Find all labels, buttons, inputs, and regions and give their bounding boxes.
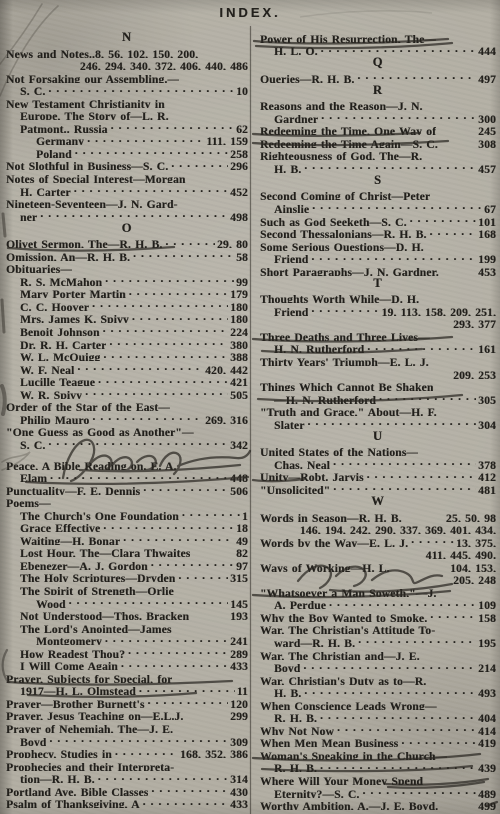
entry-text: Gardner xyxy=(274,114,318,123)
dot-leader xyxy=(318,110,476,123)
entry-text: Thirty Years' Triumph—E. L. J. xyxy=(260,357,429,366)
dot-leader xyxy=(420,647,496,660)
index-entry-line: Redeeming the Time, One Way of245 xyxy=(260,123,496,136)
entry-text: Lucille Teague xyxy=(20,377,95,386)
index-entry-line: 146, 194, 242, 290, 337, 369, 401, 434, xyxy=(260,522,496,535)
page-number: 161 xyxy=(476,344,496,353)
dot-leader xyxy=(45,83,234,96)
index-entry-line: Wood145 xyxy=(6,595,248,608)
index-entry-line: Thoughts Worth While—D. H. xyxy=(260,291,496,304)
dot-leader xyxy=(148,557,234,570)
page-number: 420, 442 xyxy=(203,365,248,374)
index-entry-line: Portland Ave. Bible Classes430 xyxy=(6,783,248,796)
entry-text: Wood xyxy=(36,599,66,608)
dot-leader xyxy=(359,785,476,798)
index-entry-line: "One Guess as Good as Another"— xyxy=(6,424,248,437)
page-number: 205, 248 xyxy=(451,575,496,584)
dot-leader xyxy=(354,70,476,83)
entry-text: Olivet Sermon, The—R. H. B. xyxy=(6,239,162,248)
page-number: 452 xyxy=(228,187,248,196)
index-entry-line: Olivet Sermon, The—R. H. B.29, 80 xyxy=(6,236,248,249)
section-letter: U xyxy=(260,429,496,444)
index-entry-line: Words in Season—R. H. B.25, 50, 98 xyxy=(260,509,496,522)
entry-text: Second Thessalonians—R. H. B. xyxy=(260,229,427,238)
index-entry-line: Obituaries— xyxy=(6,261,248,274)
dot-leader xyxy=(100,323,229,336)
entry-text: H. L. O. xyxy=(274,46,318,55)
index-entry-line: "Truth and Grace," About—H. F. xyxy=(260,404,496,417)
entry-text: Order of the Star of the East— xyxy=(6,402,170,411)
index-entry-line: Elam448 xyxy=(6,470,248,483)
page-number: 505 xyxy=(228,390,248,399)
index-entry-line: When Men Mean Business419 xyxy=(260,735,496,748)
entry-text: R. H. B. xyxy=(274,713,317,722)
index-entry-line: Order of the Star of the East— xyxy=(6,399,248,412)
entry-text: Such as God Seeketh—S. C. xyxy=(260,217,407,226)
page-header-title: INDEX. xyxy=(0,5,500,20)
index-entry-line: Friend199 xyxy=(260,251,496,264)
index-entry-line: tion—R. H. B.314 xyxy=(6,771,248,784)
entry-text: Friend xyxy=(274,307,308,316)
entry-text: W. L. McQuigg xyxy=(20,352,100,361)
dot-leader xyxy=(169,108,248,121)
dot-leader xyxy=(364,341,476,354)
entry-text: I Will Come Again xyxy=(20,661,118,670)
dot-leader xyxy=(47,470,228,483)
entry-text: Not Slothful in Business—S. C. xyxy=(6,161,168,170)
scanned-index-page: INDEX. NNews and Notes..8, 56, 102, 150,… xyxy=(0,0,500,814)
entry-text: Grace Effective xyxy=(20,523,100,532)
dot-leader xyxy=(422,148,496,161)
entry-text: H. N. Rutherford xyxy=(274,344,364,353)
index-entry-line: 246, 294, 340, 372, 406, 440, 486 xyxy=(6,58,248,71)
dot-leader xyxy=(330,481,476,494)
dot-leader xyxy=(136,683,235,696)
index-columns: NNews and Notes..8, 56, 102, 150, 200,24… xyxy=(6,30,496,814)
entry-text: Prophecies and their Interpreta- xyxy=(6,762,174,771)
entry-text: —H. N. Rutherford xyxy=(274,395,376,404)
index-entry-line: Slater304 xyxy=(260,416,496,429)
page-number: 314 xyxy=(228,774,248,783)
entry-text: Omission, An—R. H. B. xyxy=(6,252,130,261)
index-entry-line: Poland258 xyxy=(6,145,248,158)
index-entry-line: Reasons and the Reason—J. N. xyxy=(260,98,496,111)
entry-text: A. Perdue xyxy=(274,600,326,609)
dot-leader xyxy=(260,547,424,560)
page-number: 258 xyxy=(228,149,248,158)
entry-text: The Lord's Anointed—James xyxy=(20,624,172,633)
page-number: 378 xyxy=(476,460,496,469)
index-entry-line: Lucille Teague421 xyxy=(6,374,248,387)
entry-text: Redeeming the Time, One Way of xyxy=(260,126,436,135)
entry-text: When Men Mean Business xyxy=(260,738,398,747)
page-number: 49 xyxy=(234,536,248,545)
entry-text: H. B. xyxy=(274,164,301,173)
index-entry-line: H. B.457 xyxy=(260,160,496,173)
entry-text: Montgomery xyxy=(36,636,102,645)
entry-text: New Testament Christianity in xyxy=(6,99,165,108)
page-number: 145 xyxy=(228,599,248,608)
dot-leader xyxy=(89,298,228,311)
dot-leader xyxy=(170,399,248,412)
index-entry-line: When Conscience Leads Wrong— xyxy=(260,697,496,710)
index-entry-line: Why the Boy Wanted to Smoke.158 xyxy=(260,609,496,622)
index-entry-line: Europe, The Story of—L. R. xyxy=(6,108,248,121)
entry-text: Lost Hour, The—Clara Thwaites xyxy=(20,548,190,557)
entry-text: Ebenezer—A. J. Gordon xyxy=(20,561,148,570)
entry-text: S. C. xyxy=(20,440,45,449)
index-entry-line: Second Thessalonians—R. H. B.168 xyxy=(260,226,496,239)
page-number: 214 xyxy=(476,663,496,672)
entry-text: Second Coming of Christ—Peter xyxy=(260,191,430,200)
section-letter: R xyxy=(260,83,496,98)
entry-text: Friend xyxy=(274,254,308,263)
index-entry-line: Power of His Resurrection, The— xyxy=(260,30,496,43)
section-letter: N xyxy=(6,30,248,45)
index-entry-line: Things Which Cannot Be Shaken xyxy=(260,379,496,392)
dot-leader xyxy=(148,783,228,796)
dot-leader xyxy=(183,708,228,721)
page-number: 308 xyxy=(476,139,496,148)
dot-leader xyxy=(71,183,228,196)
index-entry-line: Mary Porter Martin179 xyxy=(6,286,248,299)
section-letter: T xyxy=(260,276,496,291)
page-number: 421 xyxy=(228,377,248,386)
dot-leader xyxy=(126,286,228,299)
page-number: 419 xyxy=(476,738,496,747)
page-number: 58 xyxy=(234,252,248,261)
entry-text: Dr. R. H. Carter xyxy=(20,340,106,349)
dot-leader xyxy=(424,238,496,251)
entry-text: Three Deaths and Three Lives— xyxy=(260,332,430,341)
dot-leader xyxy=(100,520,234,533)
right-column: Power of His Resurrection, The—H. L. O.4… xyxy=(253,30,496,814)
entry-text: Prayer, Jesus Teaching on—E.L.J. xyxy=(6,711,183,720)
entry-text: Worthy Ambition, A.—J. E. Boyd. xyxy=(260,801,438,810)
entry-text: Queries—R. H. B. xyxy=(260,74,354,83)
dot-leader xyxy=(326,597,476,610)
index-entry-line: Why Not Now414 xyxy=(260,722,496,735)
entry-text: Ways of Working—H. L. xyxy=(260,563,390,572)
dot-leader xyxy=(330,456,476,469)
dot-leader xyxy=(168,158,228,171)
page-number: 315 xyxy=(228,573,248,582)
index-entry-line: C. C. Hoover180 xyxy=(6,298,248,311)
page-number: 111, 159 xyxy=(204,136,248,145)
dot-leader xyxy=(189,608,228,621)
dot-leader xyxy=(82,386,228,399)
index-entry-line: Prayer, Jesus Teaching on—E.L.J.299 xyxy=(6,708,248,721)
dot-leader xyxy=(174,582,248,595)
dot-leader xyxy=(437,697,496,710)
page-number: 18 xyxy=(234,523,248,532)
dot-leader xyxy=(308,303,379,316)
dot-leader xyxy=(301,160,476,173)
index-entry-line: New Testament Christianity in xyxy=(6,95,248,108)
entry-text: War, The Christian and—J. E. xyxy=(260,651,420,660)
entry-text: ner xyxy=(20,212,37,221)
index-entry-line: Philip Mauro269, 316 xyxy=(6,411,248,424)
dot-leader xyxy=(162,236,215,249)
entry-text: R. H. B. xyxy=(274,763,317,772)
section-letter: O xyxy=(6,221,248,236)
dot-leader xyxy=(106,336,228,349)
dot-leader xyxy=(72,261,248,274)
section-gap xyxy=(6,449,248,457)
entry-text: Short Paragraphs—J. N. Gardner. xyxy=(260,267,439,276)
page-number: 180 xyxy=(228,302,248,311)
entry-text: Portland Ave. Bible Classes xyxy=(6,787,148,796)
index-entry-line: Patmont.. Russia62 xyxy=(6,120,248,133)
section-letter: W xyxy=(260,494,496,509)
entry-text: The Spirit of Strength—Orlie xyxy=(20,586,174,595)
dot-leader xyxy=(102,273,234,286)
page-number: 380 xyxy=(228,340,248,349)
dot-leader xyxy=(172,620,248,633)
page-number: 224 xyxy=(228,327,248,336)
entry-text: Prayer, Subjects for Special, for xyxy=(6,674,172,683)
dot-leader xyxy=(6,58,78,71)
dot-leader xyxy=(402,509,444,522)
dot-leader xyxy=(334,722,476,735)
index-entry-line: S. C.10 xyxy=(6,83,248,96)
index-entry-line: W. F. Neal420, 442 xyxy=(6,361,248,374)
entry-text: Some Serious Questions—D. H. xyxy=(260,242,424,251)
dot-leader xyxy=(179,507,240,520)
dot-leader xyxy=(260,366,451,379)
dot-leader xyxy=(46,733,228,746)
index-entry-line: Woman's Speaking in the Church— xyxy=(260,747,496,760)
page-number: 299 xyxy=(228,711,248,720)
entry-text: Prayer—Brother Burnett's xyxy=(6,699,145,708)
dot-leader xyxy=(175,570,228,583)
index-entry-line: Redeeming the Time Again—S. C.308 xyxy=(260,135,496,148)
entry-text: C. C. Hoover xyxy=(20,302,89,311)
entry-text: News and Notes..8, 56, 102, 150, 200, xyxy=(6,49,198,58)
entry-text: United States of the Nations— xyxy=(260,447,418,456)
index-entry-line: R. S. McMahon99 xyxy=(6,273,248,286)
page-number: 146, 194, 242, 290, 337, 369, 401, 434, xyxy=(298,525,496,534)
page-number: 493 xyxy=(476,688,496,697)
index-entry-line: Punctuality—F. E. Dennis506 xyxy=(6,482,248,495)
dot-leader xyxy=(427,609,476,622)
page-number: 439 xyxy=(476,763,496,772)
index-entry-line: Three Deaths and Three Lives— xyxy=(260,328,496,341)
page-number: 99 xyxy=(234,277,248,286)
entry-text: Poems— xyxy=(6,498,51,507)
page-number: 457 xyxy=(476,164,496,173)
index-entry-line: Omission, An—R. H. B.58 xyxy=(6,248,248,261)
index-entry-line: Unity—Robt. Jarvis412 xyxy=(260,469,496,482)
page-number: 497 xyxy=(476,74,496,83)
dot-leader xyxy=(172,670,247,683)
page-number: 430 xyxy=(228,787,248,796)
entry-text: Why Not Now xyxy=(260,726,334,735)
entry-text: When Conscience Leads Wrong— xyxy=(260,701,437,710)
dot-leader xyxy=(309,200,482,213)
index-entry-line: Thirty Years' Triumph—E. L. J. xyxy=(260,353,496,366)
entry-text: Peace, A Bible Reading on. E. A. xyxy=(6,461,177,470)
section-letter: S xyxy=(260,173,496,188)
page-number: 444 xyxy=(476,46,496,55)
index-entry-line: S. C.342 xyxy=(6,436,248,449)
page-number: 412 xyxy=(476,472,496,481)
page-number: 245 xyxy=(476,126,496,135)
entry-text: Nineteen-Seventeen—J. N. Gard- xyxy=(6,199,178,208)
index-entry-line: Peace, A Bible Reading on. E. A. xyxy=(6,457,248,470)
dot-leader xyxy=(437,404,496,417)
dot-leader xyxy=(436,123,476,136)
index-entry-line: Boyd309 xyxy=(6,733,248,746)
dot-leader xyxy=(177,457,248,470)
dot-leader xyxy=(436,584,496,597)
entry-text: Not Understood—Thos. Bracken xyxy=(20,611,189,620)
dot-leader xyxy=(140,796,229,809)
index-entry-line: Words by the Way—E. L. J.13, 375, xyxy=(260,534,496,547)
dot-leader xyxy=(433,379,496,392)
dot-leader xyxy=(120,532,234,545)
page-number: 101 xyxy=(476,217,496,226)
entry-text: The Church's One Foundation xyxy=(20,511,179,520)
section-letter: Q xyxy=(260,55,496,70)
index-entry-line: "Whatsoever a Man Soweth,"—J. xyxy=(260,584,496,597)
index-entry-line: Notes of Special Interest—Morgan xyxy=(6,170,248,183)
entry-text: War, Christian's Duty as to—R. xyxy=(260,676,426,685)
entry-text: Prayer of Nehemiah, The—J. E. xyxy=(6,724,173,733)
page-number: 29, 80 xyxy=(215,239,248,248)
entry-text: Boyd xyxy=(20,737,46,746)
page-number: 300 xyxy=(476,114,496,123)
index-entry-line: Not Forsaking our Assembling.— xyxy=(6,70,248,83)
entry-text: H. Carter xyxy=(20,187,71,196)
entry-text: "Unsolicited" xyxy=(260,485,330,494)
page-number: 13, 375, xyxy=(454,538,496,547)
dot-leader xyxy=(408,534,454,547)
dot-leader xyxy=(45,436,228,449)
index-entry-line: War, Christian's Duty as to—R. xyxy=(260,672,496,685)
index-entry-line: Poems— xyxy=(6,495,248,508)
entry-text: How Readest Thou? xyxy=(20,649,125,658)
index-entry-line: Mrs. James K. Spivy180 xyxy=(6,311,248,324)
page-number: 499 xyxy=(476,801,496,810)
page-number: 433 xyxy=(228,661,248,670)
page-number: 448 xyxy=(228,473,248,482)
dot-leader xyxy=(178,196,248,209)
entry-text: Unity—Robt. Jarvis xyxy=(260,472,364,481)
index-entry-line: Short Paragraphs—J. N. Gardner.453 xyxy=(260,263,496,276)
index-entry-line: Worthy Ambition, A.—J. E. Boyd.499 xyxy=(260,798,496,811)
page-number: 481 xyxy=(476,485,496,494)
entry-text: Chas. Neal xyxy=(274,460,330,469)
entry-text: Mrs. James K. Spivy xyxy=(20,314,129,323)
entry-text: Punctuality—F. E. Dennis xyxy=(6,486,140,495)
entry-text: Obituaries— xyxy=(6,264,72,273)
index-entry-line: War, The Christian and—J. E. xyxy=(260,647,496,660)
dot-leader xyxy=(89,411,203,424)
entry-text: Righteousness of God, The—R. xyxy=(260,151,422,160)
index-entry-line: Righteousness of God, The—R. xyxy=(260,148,496,161)
index-entry-line: —H. N. Rutherford305 xyxy=(260,391,496,404)
page-number: 25, 50, 98 xyxy=(444,513,496,522)
index-entry-line: I Will Come Again433 xyxy=(6,658,248,671)
index-entry-line: Benoit Johnson224 xyxy=(6,323,248,336)
entry-text: Poland xyxy=(36,149,72,158)
index-entry-line: W. R. Spivy505 xyxy=(6,386,248,399)
index-entry-line: Eternity?—S. C.489 xyxy=(260,785,496,798)
dot-leader xyxy=(423,98,496,111)
dot-leader xyxy=(108,120,235,133)
index-entry-line: Ways of Working—H. L.104, 153, xyxy=(260,559,496,572)
page-number: 10 xyxy=(234,86,248,95)
index-entry-line: Chas. Neal378 xyxy=(260,456,496,469)
entry-text: Not Forsaking our Assembling.— xyxy=(6,74,179,83)
dot-leader xyxy=(118,658,228,671)
dot-leader xyxy=(430,188,496,201)
index-entry-line: Prayer, Subjects for Special, for xyxy=(6,670,248,683)
dot-leader xyxy=(102,633,228,646)
dot-leader xyxy=(300,660,476,673)
index-entry-line: Dr. R. H. Carter380 xyxy=(6,336,248,349)
entry-text: Where Will Your Money Spend xyxy=(260,776,423,785)
entry-text: Philip Mauro xyxy=(20,415,89,424)
dot-leader xyxy=(308,251,476,264)
dot-leader xyxy=(355,634,476,647)
page-number: 296 xyxy=(228,161,248,170)
page-number: 433 xyxy=(228,799,248,808)
page-number: 97 xyxy=(234,561,248,570)
entry-text: Boyd xyxy=(274,663,300,672)
index-entry-line: 209, 253 xyxy=(260,366,496,379)
dot-leader xyxy=(95,771,228,784)
page-number: 209, 253 xyxy=(451,370,496,379)
index-entry-line: W. L. McQuigg388 xyxy=(6,349,248,362)
dot-leader xyxy=(37,208,228,221)
index-entry-line: R. H. B.439 xyxy=(260,760,496,773)
index-entry-line: R. H. B.404 xyxy=(260,710,496,723)
dot-leader xyxy=(194,424,248,437)
dot-leader xyxy=(438,798,476,811)
dot-leader xyxy=(447,747,496,760)
page-number: 489 xyxy=(476,789,496,798)
dot-leader xyxy=(186,170,248,183)
dot-leader xyxy=(407,213,477,226)
dot-leader xyxy=(436,30,496,43)
dot-leader xyxy=(165,95,248,108)
page-number: 168 xyxy=(476,229,496,238)
index-entry-line: ward—R. H. B.195 xyxy=(260,634,496,647)
index-entry-line: H. B.493 xyxy=(260,685,496,698)
entry-text: Prophecy, Studies in xyxy=(6,749,112,758)
index-entry-line: Montgomery241 xyxy=(6,633,248,646)
index-entry-line: Friend19, 113, 158, 209, 251, xyxy=(260,303,496,316)
entry-text: Elam xyxy=(20,473,47,482)
index-entry-line: Nineteen-Seventeen—J. N. Gard- xyxy=(6,196,248,209)
dot-leader xyxy=(130,248,234,261)
entry-text: Mary Porter Martin xyxy=(20,289,126,298)
entry-text: W. F. Neal xyxy=(20,365,74,374)
dot-leader xyxy=(173,720,248,733)
page-number: 246, 294, 340, 372, 406, 440, 486 xyxy=(78,61,248,70)
page-number: 67 xyxy=(482,204,496,213)
index-entry-line: Lost Hour, The—Clara Thwaites82 xyxy=(6,545,248,558)
dot-leader xyxy=(438,135,476,148)
entry-text: Germany xyxy=(36,136,84,145)
entry-text: "Whatsoever a Man Soweth,"—J. xyxy=(260,588,437,597)
page-number: 104, 153, xyxy=(448,563,496,572)
entry-text: Words in Season—R. H. B. xyxy=(260,513,402,522)
dot-leader xyxy=(100,349,228,362)
index-entry-line: The Lord's Anointed—James xyxy=(6,620,248,633)
